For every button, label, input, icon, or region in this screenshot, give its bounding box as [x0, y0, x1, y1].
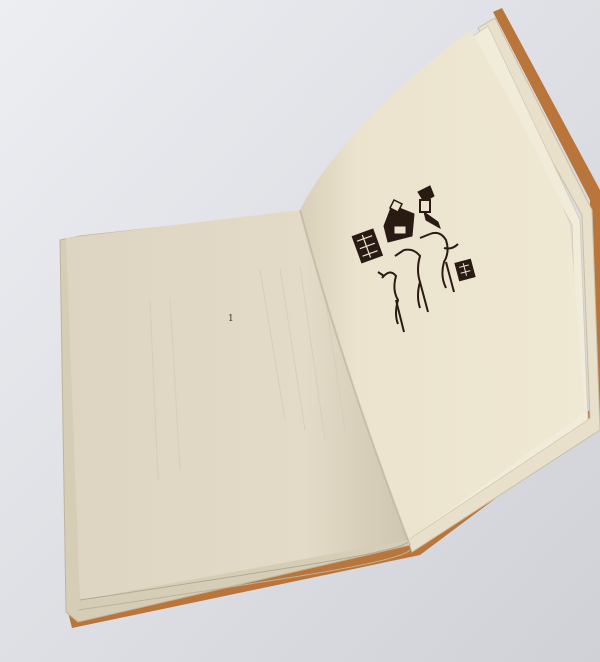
book-illustration	[0, 0, 600, 662]
book-photo: 1	[0, 0, 600, 662]
page-number: 1	[228, 314, 234, 324]
